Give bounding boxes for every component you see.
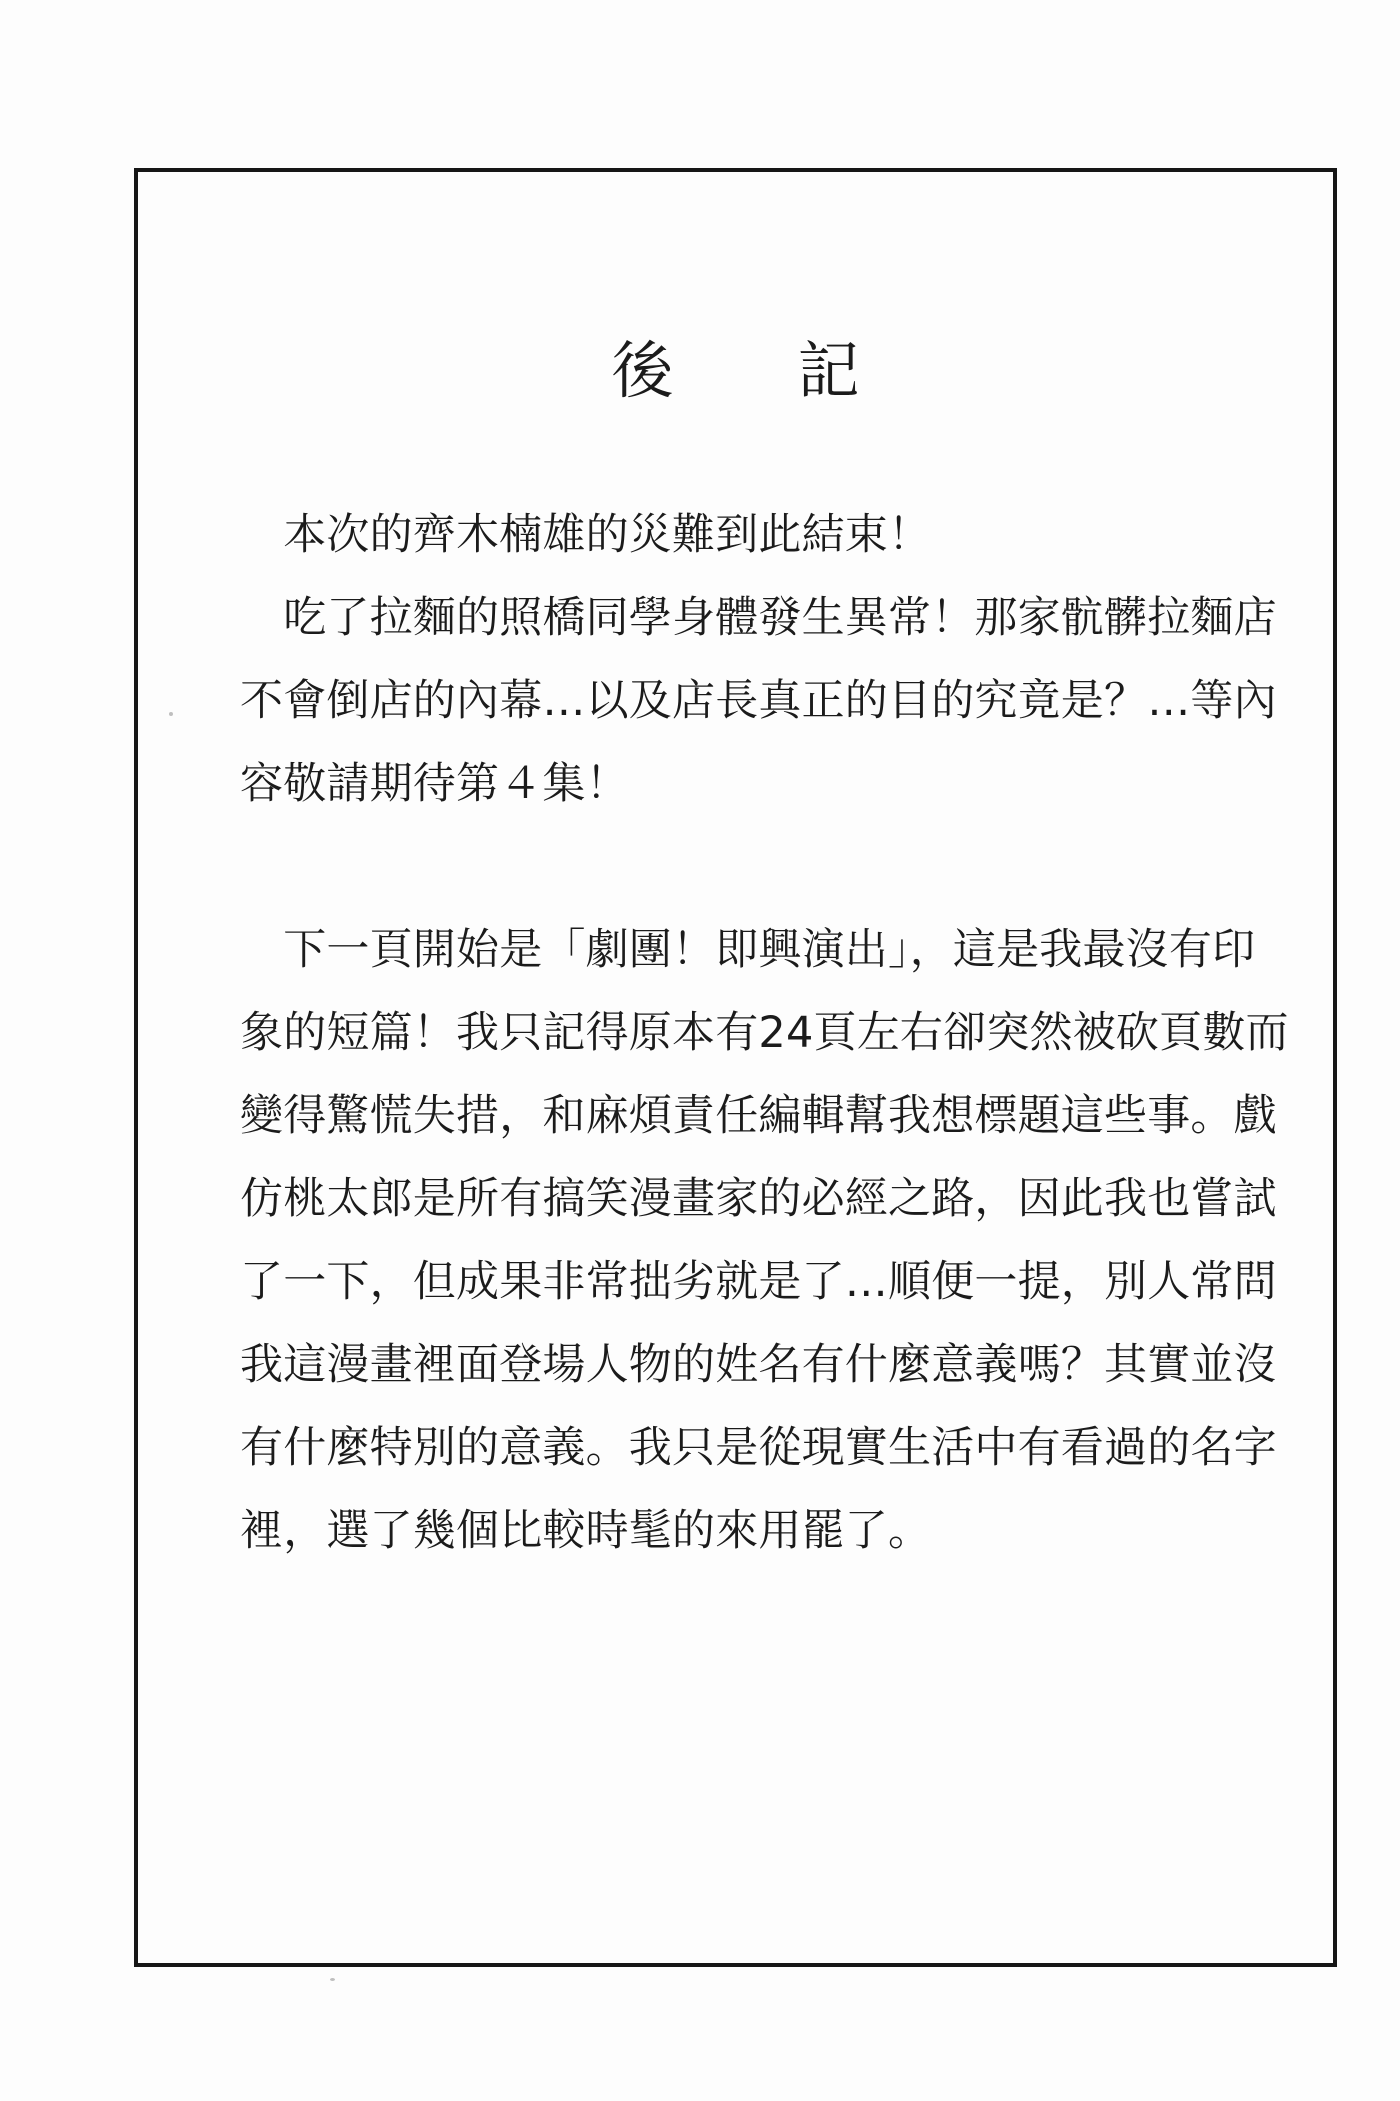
scan-speck <box>330 1978 335 1981</box>
afterword-line: 變得驚慌失措，和麻煩責任編輯幫我想標題這些事。戲 <box>240 1075 1245 1158</box>
afterword-title: 後 記 <box>138 340 1333 402</box>
afterword-line: 本次的齊木楠雄的災難到此結束！ <box>240 494 1245 577</box>
afterword-body: 本次的齊木楠雄的災難到此結束！ 吃了拉麵的照橋同學身體發生異常！那家骯髒拉麵店 … <box>240 494 1245 1573</box>
afterword-line: 了一下，但成果非常拙劣就是了…順便一提，別人常問 <box>240 1241 1245 1324</box>
afterword-line: 有什麼特別的意義。我只是從現實生活中有看過的名字 <box>240 1407 1245 1490</box>
page-border-frame: 後 記 本次的齊木楠雄的災難到此結束！ 吃了拉麵的照橋同學身體發生異常！那家骯髒… <box>134 168 1337 1967</box>
afterword-line: 下一頁開始是「劇團！即興演出」，這是我最沒有印 <box>240 909 1245 992</box>
afterword-line: 不會倒店的內幕…以及店長真正的目的究竟是？…等內 <box>240 660 1245 743</box>
afterword-line: 我這漫畫裡面登場人物的姓名有什麼意義嗎？其實並沒 <box>240 1324 1245 1407</box>
paragraph-gap <box>240 826 1245 909</box>
scanned-page: 後 記 本次的齊木楠雄的災難到此結束！ 吃了拉麵的照橋同學身體發生異常！那家骯髒… <box>0 0 1400 2101</box>
scan-speck <box>169 712 173 716</box>
afterword-line: 裡，選了幾個比較時髦的來用罷了。 <box>240 1490 1245 1573</box>
afterword-line: 容敬請期待第４集！ <box>240 743 1245 826</box>
afterword-line: 象的短篇！我只記得原本有24頁左右卻突然被砍頁數而 <box>240 992 1245 1075</box>
afterword-line: 吃了拉麵的照橋同學身體發生異常！那家骯髒拉麵店 <box>240 577 1245 660</box>
afterword-line: 仿桃太郎是所有搞笑漫畫家的必經之路，因此我也嘗試 <box>240 1158 1245 1241</box>
